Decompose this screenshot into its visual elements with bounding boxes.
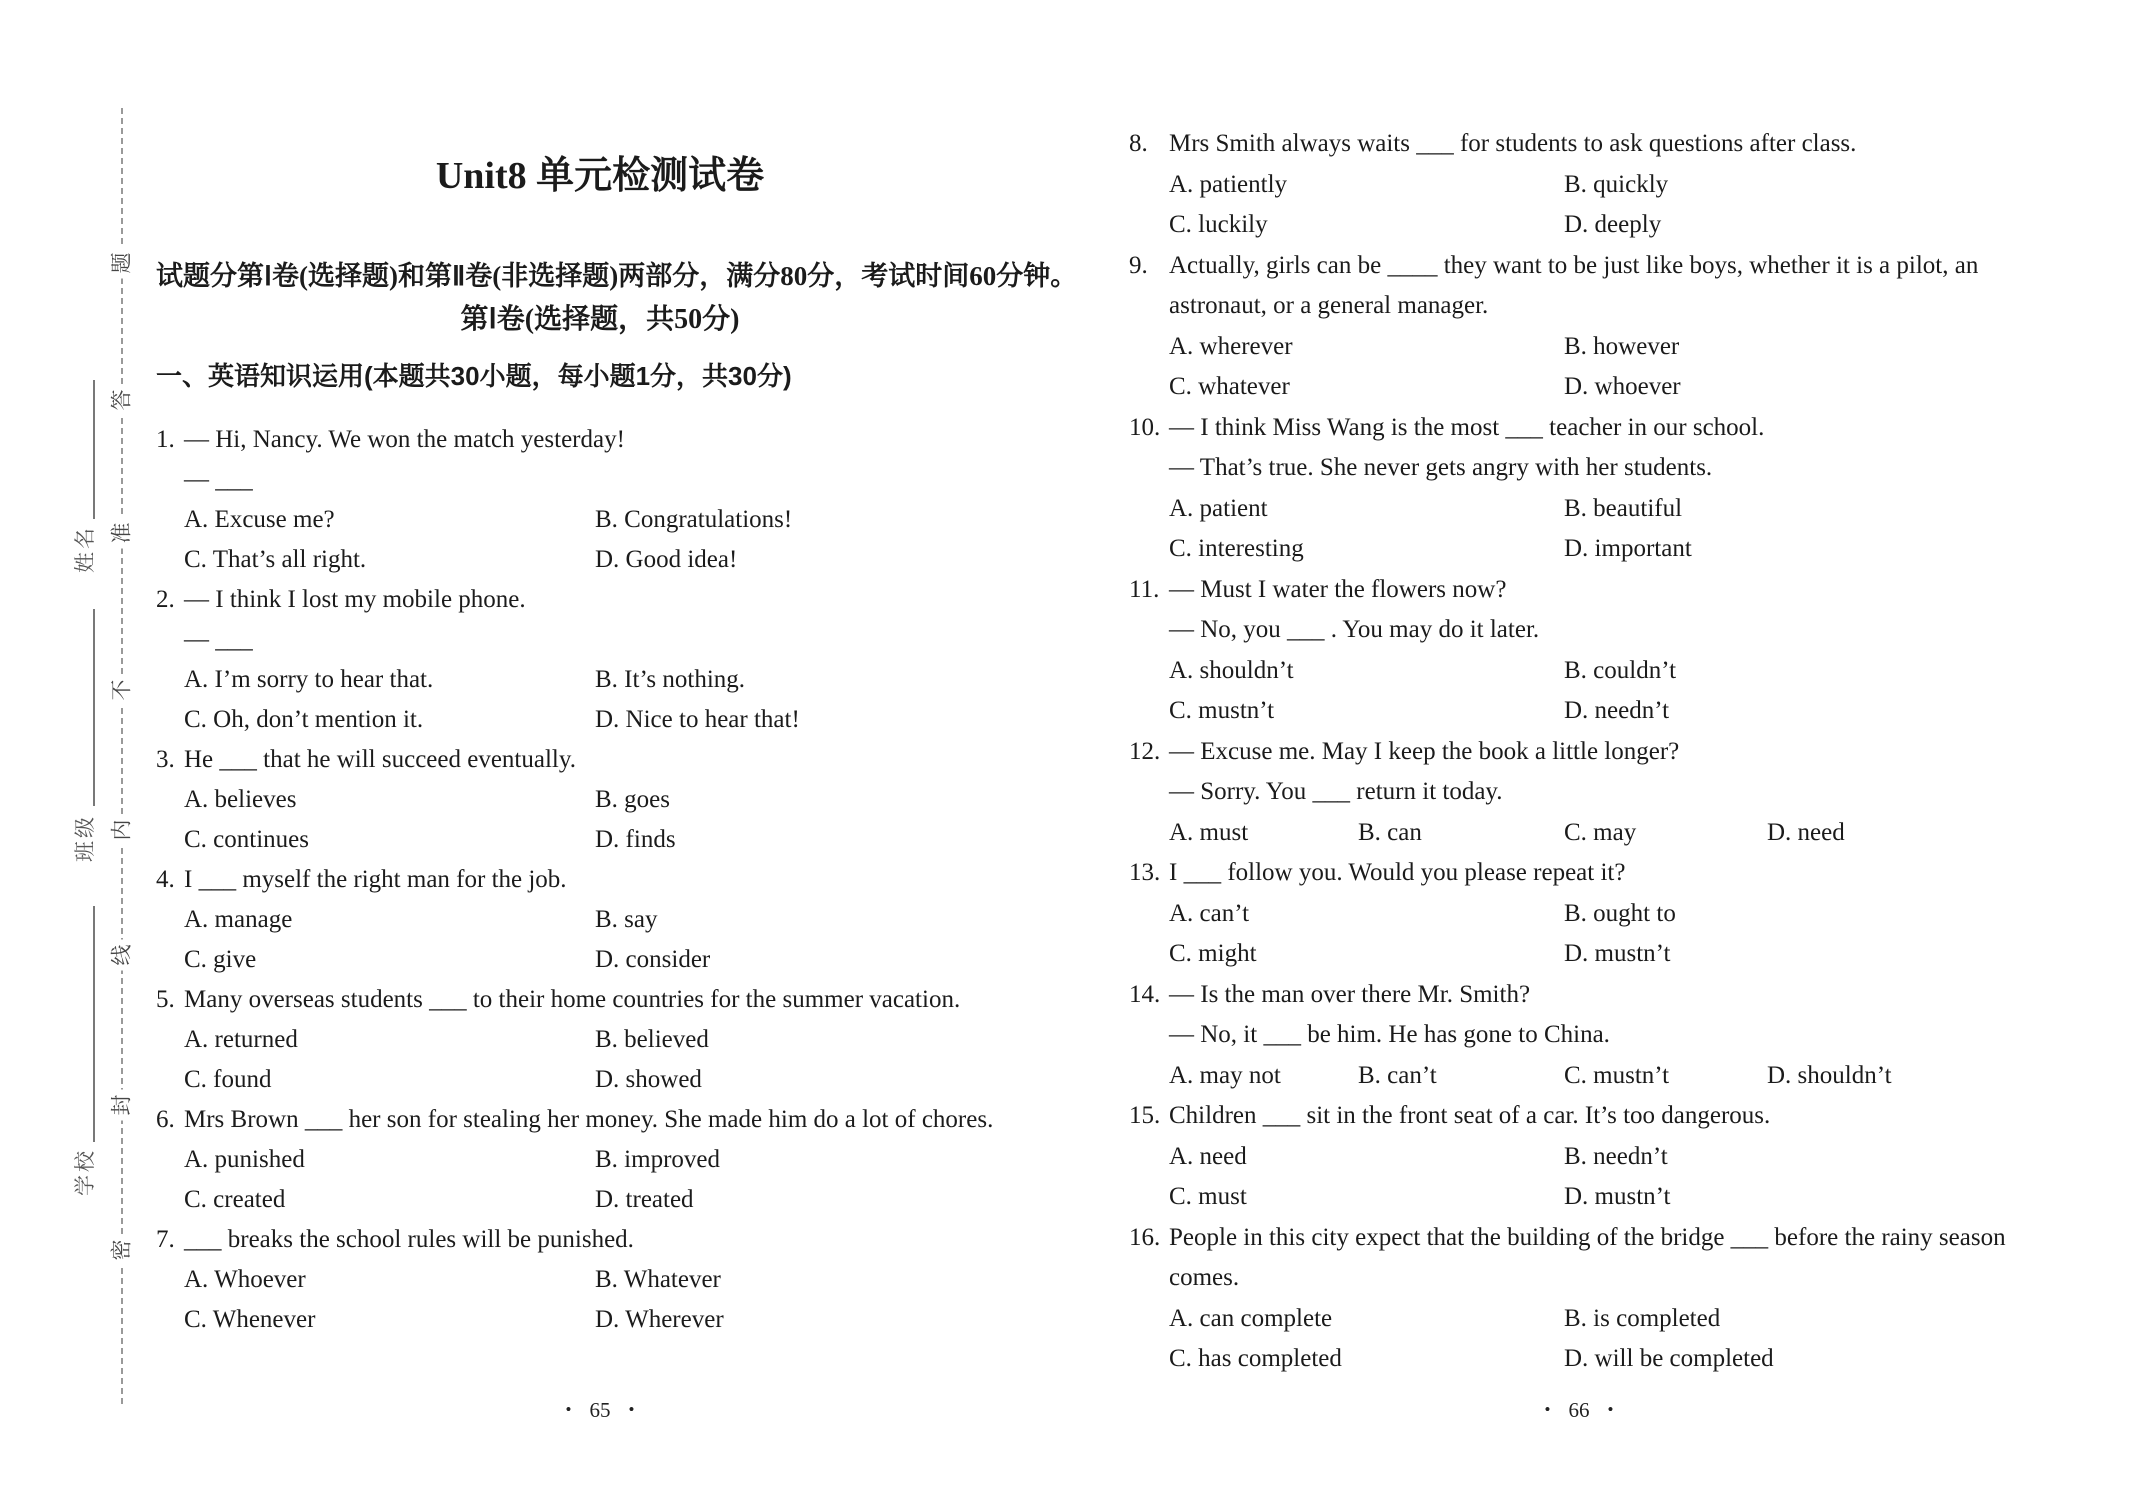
options: A. needB. needn’tC. mustD. mustn’t bbox=[1129, 1137, 2029, 1218]
option-C: C. has completed bbox=[1169, 1339, 1564, 1380]
question-7: 7.___ breaks the school rules will be pu… bbox=[156, 1220, 1044, 1340]
stem-continuation: astronaut, or a general manager. bbox=[1129, 286, 2029, 327]
option-A: A. must bbox=[1169, 813, 1358, 854]
option-C: C. give bbox=[184, 940, 595, 980]
option-C: C. That’s all right. bbox=[184, 540, 595, 580]
question-11: 11.— Must I water the flowers now?— No, … bbox=[1129, 570, 2029, 732]
option-C: C. may bbox=[1564, 813, 1767, 854]
option-C: C. continues bbox=[184, 820, 595, 860]
option-B: B. Congratulations! bbox=[595, 500, 1044, 540]
option-C: C. whatever bbox=[1169, 367, 1564, 408]
seal-char: 题 bbox=[112, 248, 133, 279]
option-A: A. may not bbox=[1169, 1056, 1358, 1097]
question-stem: 3.He ___ that he will succeed eventually… bbox=[156, 740, 1044, 780]
question-stem: 10.— I think Miss Wang is the most ___ t… bbox=[1129, 408, 2029, 449]
option-A: A. patient bbox=[1169, 489, 1564, 530]
seal-char: 线 bbox=[112, 940, 133, 971]
stem-text: Children ___ sit in the front seat of a … bbox=[1169, 1102, 1770, 1129]
field-label: 学校 bbox=[69, 1148, 99, 1196]
page-number-value: 66 bbox=[1569, 1398, 1590, 1422]
paper-title: Unit8 单元检测试卷 bbox=[156, 152, 1044, 200]
option-D: D. will be completed bbox=[1564, 1339, 2029, 1380]
option-A: A. Excuse me? bbox=[184, 500, 595, 540]
option-B: B. believed bbox=[595, 1020, 1044, 1060]
option-B: B. ought to bbox=[1564, 894, 2029, 935]
option-B: B. improved bbox=[595, 1140, 1044, 1180]
stem-continuation: — ___ bbox=[156, 620, 1044, 660]
question-stem: 9.Actually, girls can be ____ they want … bbox=[1129, 246, 2029, 287]
options: A. I’m sorry to hear that.B. It’s nothin… bbox=[156, 660, 1044, 740]
option-B: B. say bbox=[595, 900, 1044, 940]
option-B: B. can’t bbox=[1358, 1056, 1564, 1097]
question-number: 9. bbox=[1129, 246, 1169, 287]
seal-char: 答 bbox=[112, 385, 133, 416]
option-C: C. luckily bbox=[1169, 205, 1564, 246]
footer-bullet: • bbox=[629, 1400, 635, 1419]
option-D: D. Wherever bbox=[595, 1300, 1044, 1340]
option-D: D. important bbox=[1564, 529, 2029, 570]
option-C: C. mustn’t bbox=[1169, 691, 1564, 732]
options: A. WhoeverB. WhateverC. WheneverD. Where… bbox=[156, 1260, 1044, 1340]
question-number: 1. bbox=[156, 420, 184, 460]
stem-text: — Excuse me. May I keep the book a littl… bbox=[1169, 738, 1679, 765]
stem-text: People in this city expect that the buil… bbox=[1169, 1224, 2006, 1251]
stem-text: I ___ follow you. Would you please repea… bbox=[1169, 859, 1625, 886]
question-number: 15. bbox=[1129, 1096, 1169, 1137]
options: A. can’tB. ought toC. mightD. mustn’t bbox=[1129, 894, 2029, 975]
exam-sheet: 姓名班级学校题答准不内线封密 Unit8 单元检测试卷 试题分第Ⅰ卷(选择题)和… bbox=[0, 0, 2131, 1508]
stem-text: I ___ myself the right man for the job. bbox=[184, 866, 567, 893]
option-D: D. finds bbox=[595, 820, 1044, 860]
stem-continuation: — ___ bbox=[156, 460, 1044, 500]
option-A: A. can complete bbox=[1169, 1299, 1564, 1340]
options: A. may notB. can’tC. mustn’tD. shouldn’t bbox=[1129, 1056, 2029, 1097]
stem-continuation: — No, you ___ . You may do it later. bbox=[1129, 610, 2029, 651]
stem-text: — I think Miss Wang is the most ___ teac… bbox=[1169, 414, 1764, 441]
name-write-in-line bbox=[93, 380, 95, 519]
option-D: D. Nice to hear that! bbox=[595, 700, 1044, 740]
option-A: A. returned bbox=[184, 1020, 595, 1060]
stem-continuation: comes. bbox=[1129, 1258, 2029, 1299]
option-D: D. treated bbox=[595, 1180, 1044, 1220]
section1-heading: 一、英语知识运用(本题共30小题，每小题1分，共30分) bbox=[156, 356, 1044, 396]
question-list-left: 1.— Hi, Nancy. We won the match yesterda… bbox=[156, 420, 1044, 1340]
page-left: Unit8 单元检测试卷 试题分第Ⅰ卷(选择题)和第Ⅱ卷(非选择题)两部分，满分… bbox=[156, 0, 1044, 1508]
options: A. mustB. canC. mayD. need bbox=[1129, 813, 2029, 854]
question-number: 10. bbox=[1129, 408, 1169, 449]
question-stem: 11.— Must I water the flowers now? bbox=[1129, 570, 2029, 611]
option-C: C. mustn’t bbox=[1564, 1056, 1767, 1097]
question-stem: 15.Children ___ sit in the front seat of… bbox=[1129, 1096, 2029, 1137]
question-16: 16.People in this city expect that the b… bbox=[1129, 1218, 2029, 1380]
option-A: A. punished bbox=[184, 1140, 595, 1180]
option-D: D. mustn’t bbox=[1564, 934, 2029, 975]
option-C: C. must bbox=[1169, 1177, 1564, 1218]
option-A: A. shouldn’t bbox=[1169, 651, 1564, 692]
stem-continuation: — That’s true. She never gets angry with… bbox=[1129, 448, 2029, 489]
stem-text: ___ breaks the school rules will be puni… bbox=[184, 1226, 634, 1253]
option-B: B. It’s nothing. bbox=[595, 660, 1044, 700]
stem-text: He ___ that he will succeed eventually. bbox=[184, 746, 576, 773]
stem-text: Mrs Brown ___ her son for stealing her m… bbox=[184, 1106, 993, 1133]
question-number: 2. bbox=[156, 580, 184, 620]
stem-continuation: — Sorry. You ___ return it today. bbox=[1129, 772, 2029, 813]
option-D: D. need bbox=[1767, 813, 2029, 854]
option-B: B. is completed bbox=[1564, 1299, 2029, 1340]
question-number: 12. bbox=[1129, 732, 1169, 773]
question-number: 13. bbox=[1129, 853, 1169, 894]
question-6: 6.Mrs Brown ___ her son for stealing her… bbox=[156, 1100, 1044, 1220]
page-number-right: •66• bbox=[1129, 1398, 2029, 1423]
page-right: 8.Mrs Smith always waits ___ for student… bbox=[1129, 0, 2029, 1508]
question-14: 14.— Is the man over there Mr. Smith?— N… bbox=[1129, 975, 2029, 1097]
question-15: 15.Children ___ sit in the front seat of… bbox=[1129, 1096, 2029, 1218]
question-13: 13.I ___ follow you. Would you please re… bbox=[1129, 853, 2029, 975]
question-stem: 12.— Excuse me. May I keep the book a li… bbox=[1129, 732, 2029, 773]
question-stem: 8.Mrs Smith always waits ___ for student… bbox=[1129, 124, 2029, 165]
options: A. returnedB. believedC. foundD. showed bbox=[156, 1020, 1044, 1100]
question-2: 2.— I think I lost my mobile phone.— ___… bbox=[156, 580, 1044, 740]
option-C: C. interesting bbox=[1169, 529, 1564, 570]
footer-bullet: • bbox=[1608, 1400, 1614, 1419]
question-5: 5.Many overseas students ___ to their ho… bbox=[156, 980, 1044, 1100]
option-A: A. believes bbox=[184, 780, 595, 820]
options: A. whereverB. howeverC. whateverD. whoev… bbox=[1129, 327, 2029, 408]
question-stem: 4.I ___ myself the right man for the job… bbox=[156, 860, 1044, 900]
question-stem: 16.People in this city expect that the b… bbox=[1129, 1218, 2029, 1259]
question-list-right: 8.Mrs Smith always waits ___ for student… bbox=[1129, 124, 2029, 1380]
page-number-left: •65• bbox=[156, 1398, 1044, 1423]
seal-char: 不 bbox=[112, 675, 133, 706]
question-stem: 5.Many overseas students ___ to their ho… bbox=[156, 980, 1044, 1020]
options: A. punishedB. improvedC. createdD. treat… bbox=[156, 1140, 1044, 1220]
question-number: 8. bbox=[1129, 124, 1169, 165]
option-C: C. created bbox=[184, 1180, 595, 1220]
option-B: B. quickly bbox=[1564, 165, 2029, 206]
option-D: D. whoever bbox=[1564, 367, 2029, 408]
option-A: A. patiently bbox=[1169, 165, 1564, 206]
stem-text: Mrs Smith always waits ___ for students … bbox=[1169, 130, 1856, 157]
question-9: 9.Actually, girls can be ____ they want … bbox=[1129, 246, 2029, 408]
options: A. patientB. beautifulC. interestingD. i… bbox=[1129, 489, 2029, 570]
seal-char: 密 bbox=[112, 1235, 133, 1266]
stem-text: Many overseas students ___ to their home… bbox=[184, 986, 960, 1013]
question-8: 8.Mrs Smith always waits ___ for student… bbox=[1129, 124, 2029, 246]
question-stem: 14.— Is the man over there Mr. Smith? bbox=[1129, 975, 2029, 1016]
option-C: C. Oh, don’t mention it. bbox=[184, 700, 595, 740]
question-number: 14. bbox=[1129, 975, 1169, 1016]
school-write-in-line bbox=[93, 906, 95, 1142]
question-number: 5. bbox=[156, 980, 184, 1020]
class-write-in-line bbox=[93, 609, 95, 806]
field-label: 班级 bbox=[69, 814, 99, 862]
option-C: C. found bbox=[184, 1060, 595, 1100]
question-number: 7. bbox=[156, 1220, 184, 1260]
option-D: D. deeply bbox=[1564, 205, 2029, 246]
seal-char: 内 bbox=[112, 815, 133, 846]
option-A: A. can’t bbox=[1169, 894, 1564, 935]
question-number: 16. bbox=[1129, 1218, 1169, 1259]
footer-bullet: • bbox=[566, 1400, 572, 1419]
question-number: 4. bbox=[156, 860, 184, 900]
question-4: 4.I ___ myself the right man for the job… bbox=[156, 860, 1044, 980]
option-A: A. need bbox=[1169, 1137, 1564, 1178]
question-3: 3.He ___ that he will succeed eventually… bbox=[156, 740, 1044, 860]
options: A. patientlyB. quicklyC. luckilyD. deepl… bbox=[1129, 165, 2029, 246]
stem-continuation: — No, it ___ be him. He has gone to Chin… bbox=[1129, 1015, 2029, 1056]
option-B: B. goes bbox=[595, 780, 1044, 820]
options: A. can completeB. is completedC. has com… bbox=[1129, 1299, 2029, 1380]
stem-text: — Hi, Nancy. We won the match yesterday! bbox=[184, 426, 625, 453]
option-B: B. beautiful bbox=[1564, 489, 2029, 530]
question-12: 12.— Excuse me. May I keep the book a li… bbox=[1129, 732, 2029, 854]
question-number: 6. bbox=[156, 1100, 184, 1140]
stem-text: Actually, girls can be ____ they want to… bbox=[1169, 252, 1978, 279]
question-stem: 7.___ breaks the school rules will be pu… bbox=[156, 1220, 1044, 1260]
option-D: D. showed bbox=[595, 1060, 1044, 1100]
part1-heading: 第Ⅰ卷(选择题，共50分) bbox=[156, 300, 1044, 340]
stem-text: — Must I water the flowers now? bbox=[1169, 576, 1506, 603]
option-B: B. can bbox=[1358, 813, 1564, 854]
question-number: 3. bbox=[156, 740, 184, 780]
seal-dashed-line bbox=[121, 108, 123, 1404]
question-stem: 13.I ___ follow you. Would you please re… bbox=[1129, 853, 2029, 894]
seal-char: 封 bbox=[112, 1090, 133, 1121]
stem-text: — Is the man over there Mr. Smith? bbox=[1169, 981, 1530, 1008]
field-label: 姓名 bbox=[69, 525, 99, 573]
option-D: D. consider bbox=[595, 940, 1044, 980]
question-stem: 6.Mrs Brown ___ her son for stealing her… bbox=[156, 1100, 1044, 1140]
options: A. Excuse me?B. Congratulations!C. That’… bbox=[156, 500, 1044, 580]
question-10: 10.— I think Miss Wang is the most ___ t… bbox=[1129, 408, 2029, 570]
option-C: C. Whenever bbox=[184, 1300, 595, 1340]
option-B: B. Whatever bbox=[595, 1260, 1044, 1300]
options: A. manageB. sayC. giveD. consider bbox=[156, 900, 1044, 980]
paper-subtitle: 试题分第Ⅰ卷(选择题)和第Ⅱ卷(非选择题)两部分，满分80分，考试时间60分钟。 bbox=[156, 256, 1044, 296]
question-1: 1.— Hi, Nancy. We won the match yesterda… bbox=[156, 420, 1044, 580]
option-D: D. shouldn’t bbox=[1767, 1056, 2029, 1097]
question-stem: 2.— I think I lost my mobile phone. bbox=[156, 580, 1044, 620]
options: A. shouldn’tB. couldn’tC. mustn’tD. need… bbox=[1129, 651, 2029, 732]
question-stem: 1.— Hi, Nancy. We won the match yesterda… bbox=[156, 420, 1044, 460]
option-B: B. however bbox=[1564, 327, 2029, 368]
option-D: D. mustn’t bbox=[1564, 1177, 2029, 1218]
option-B: B. couldn’t bbox=[1564, 651, 2029, 692]
option-D: D. needn’t bbox=[1564, 691, 2029, 732]
option-B: B. needn’t bbox=[1564, 1137, 2029, 1178]
stem-text: — I think I lost my mobile phone. bbox=[184, 586, 526, 613]
seal-char: 准 bbox=[112, 518, 133, 549]
option-A: A. manage bbox=[184, 900, 595, 940]
question-number: 11. bbox=[1129, 570, 1169, 611]
footer-bullet: • bbox=[1545, 1400, 1551, 1419]
page-number-value: 65 bbox=[590, 1398, 611, 1422]
options: A. believesB. goesC. continuesD. finds bbox=[156, 780, 1044, 860]
option-D: D. Good idea! bbox=[595, 540, 1044, 580]
option-A: A. wherever bbox=[1169, 327, 1564, 368]
option-C: C. might bbox=[1169, 934, 1564, 975]
option-A: A. Whoever bbox=[184, 1260, 595, 1300]
option-A: A. I’m sorry to hear that. bbox=[184, 660, 595, 700]
